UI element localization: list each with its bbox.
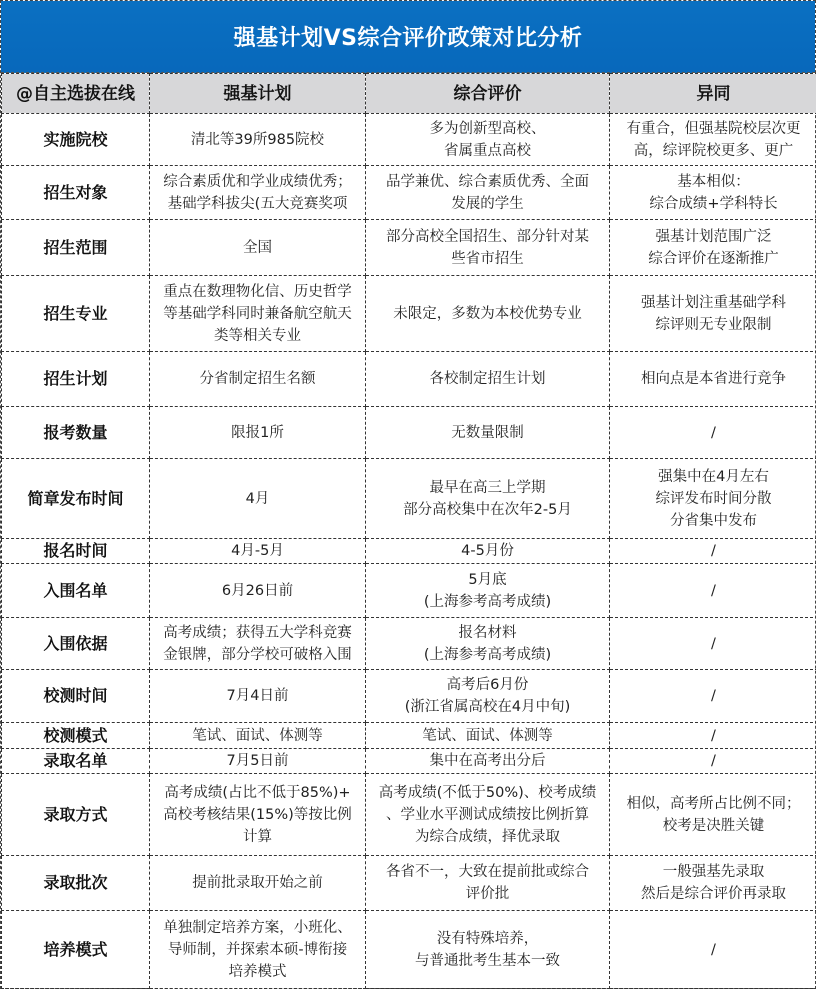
cell-text-line: 报名材料 [369, 622, 606, 644]
row-label: 入围依据 [2, 618, 150, 670]
cell-yitong: 强集中在4月左右综评发布时间分散分省集中发布 [610, 459, 816, 539]
cell-text-line: 集中在高考出分后 [369, 750, 606, 772]
cell-text-line: 然后是综合评价再录取 [613, 883, 814, 905]
table-row: 培养模式单独制定培养方案，小班化、导师制，并探索本硕-博衔接培养模式没有特殊培养… [2, 911, 816, 989]
table-row: 招生范围全国部分高校全国招生、部分针对某些省市招生强基计划范围广泛综合评价在逐渐… [2, 220, 816, 276]
cell-zonghe: 高考后6月份(浙江省属高校在4月中旬) [366, 670, 610, 723]
cell-qiangji: 清北等39所985院校 [150, 114, 366, 166]
cell-text-line: 限报1所 [153, 422, 362, 444]
header-source: @自主选拔在线 [2, 74, 150, 114]
cell-text-line: 各省不一，大致在提前批或综合 [369, 861, 606, 883]
cell-text-line: 强集中在4月左右 [613, 466, 814, 488]
row-label: 简章发布时间 [2, 459, 150, 539]
cell-qiangji: 4月-5月 [150, 539, 366, 564]
cell-qiangji: 提前批录取开始之前 [150, 856, 366, 911]
cell-qiangji: 综合素质优和学业成绩优秀；基础学科拔尖(五大竞赛奖项 [150, 166, 366, 220]
cell-text-line: 与普通批考生基本一致 [369, 950, 606, 972]
cell-text-line: 品学兼优、综合素质优秀、全面 [369, 171, 606, 193]
table-row: 招生计划分省制定招生名额各校制定招生计划相向点是本省进行竞争 [2, 352, 816, 407]
cell-text-line: 省属重点高校 [369, 140, 606, 162]
cell-text-line: 6月26日前 [153, 580, 362, 602]
header-qiangji: 强基计划 [150, 74, 366, 114]
cell-text-line: 为综合成绩，择优录取 [369, 826, 606, 848]
cell-yitong: 有重合，但强基院校层次更高，综评院校更多、更广 [610, 114, 816, 166]
cell-text-line: 一般强基先录取 [613, 861, 814, 883]
table-row: 报名时间4月-5月4-5月份/ [2, 539, 816, 564]
cell-text-line: 4月 [153, 488, 362, 510]
cell-yitong: / [610, 670, 816, 723]
table-row: 入围名单6月26日前5月底(上海参考高考成绩)/ [2, 564, 816, 618]
cell-text-line: 强基计划注重基础学科 [613, 292, 814, 314]
cell-text-line: 5月底 [369, 569, 606, 591]
cell-text-line: (上海参考高考成绩) [369, 591, 606, 613]
cell-text-line: 多为创新型高校、 [369, 118, 606, 140]
cell-text-line: 相似，高考所占比例不同； [613, 793, 814, 815]
cell-text-line: 4-5月份 [369, 540, 606, 562]
cell-zonghe: 各校制定招生计划 [366, 352, 610, 407]
cell-text-line: / [613, 422, 814, 444]
cell-text-line: 高校考核结果(15%)等按比例 [153, 804, 362, 826]
cell-text-line: 最早在高三上学期 [369, 477, 606, 499]
cell-zonghe: 报名材料(上海参考高考成绩) [366, 618, 610, 670]
cell-text-line: 高考后6月份 [369, 674, 606, 696]
cell-text-line: 基础学科拔尖(五大竞赛奖项 [153, 193, 362, 215]
cell-yitong: / [610, 749, 816, 774]
cell-qiangji: 7月4日前 [150, 670, 366, 723]
cell-text-line: 基本相似： [613, 171, 814, 193]
cell-text-line: / [613, 685, 814, 707]
cell-text-line: 综合评价在逐渐推广 [613, 248, 814, 270]
cell-qiangji: 笔试、面试、体测等 [150, 723, 366, 749]
title-bar: 强基计划VS综合评价政策对比分析 [1, 1, 815, 73]
comparison-document: 强基计划VS综合评价政策对比分析 @自主选拔在线 强基计划 综合评价 异同 实施… [0, 0, 816, 989]
row-label: 招生专业 [2, 276, 150, 352]
cell-text-line: 分省制定招生名额 [153, 368, 362, 390]
cell-yitong: 强基计划注重基础学科综评则无专业限制 [610, 276, 816, 352]
cell-zonghe: 高考成绩(不低于50%)、校考成绩、学业水平测试成绩按比例折算为综合成绩，择优录… [366, 774, 610, 856]
cell-qiangji: 7月5日前 [150, 749, 366, 774]
row-label: 实施院校 [2, 114, 150, 166]
cell-text-line: 7月5日前 [153, 750, 362, 772]
cell-zonghe: 集中在高考出分后 [366, 749, 610, 774]
table-row: 校测时间7月4日前高考后6月份(浙江省属高校在4月中旬)/ [2, 670, 816, 723]
cell-text-line: 笔试、面试、体测等 [369, 725, 606, 747]
cell-qiangji: 重点在数理物化信、历史哲学等基础学科同时兼备航空航天类等相关专业 [150, 276, 366, 352]
table-row: 招生对象综合素质优和学业成绩优秀；基础学科拔尖(五大竞赛奖项品学兼优、综合素质优… [2, 166, 816, 220]
cell-yitong: 相向点是本省进行竞争 [610, 352, 816, 407]
row-label: 入围名单 [2, 564, 150, 618]
cell-text-line: 校考是决胜关键 [613, 815, 814, 837]
cell-qiangji: 高考成绩(占比不低于85%)+高校考核结果(15%)等按比例计算 [150, 774, 366, 856]
table-row: 录取批次提前批录取开始之前各省不一，大致在提前批或综合评价批一般强基先录取然后是… [2, 856, 816, 911]
row-label: 录取名单 [2, 749, 150, 774]
row-label: 校测模式 [2, 723, 150, 749]
table-row: 校测模式笔试、面试、体测等笔试、面试、体测等/ [2, 723, 816, 749]
table-row: 录取方式高考成绩(占比不低于85%)+高校考核结果(15%)等按比例计算高考成绩… [2, 774, 816, 856]
row-label: 培养模式 [2, 911, 150, 989]
cell-qiangji: 全国 [150, 220, 366, 276]
cell-text-line: 高，综评院校更多、更广 [613, 140, 814, 162]
row-label: 招生对象 [2, 166, 150, 220]
cell-text-line: 导师制，并探索本硕-博衔接 [153, 939, 362, 961]
cell-text-line: 综评则无专业限制 [613, 314, 814, 336]
cell-text-line: 综合素质优和学业成绩优秀； [153, 171, 362, 193]
cell-text-line: 笔试、面试、体测等 [153, 725, 362, 747]
cell-text-line: 单独制定培养方案，小班化、 [153, 917, 362, 939]
table-row: 实施院校清北等39所985院校多为创新型高校、省属重点高校有重合，但强基院校层次… [2, 114, 816, 166]
cell-text-line: 分省集中发布 [613, 510, 814, 532]
cell-text-line: 未限定，多数为本校优势专业 [369, 303, 606, 325]
cell-text-line: 部分高校集中在次年2-5月 [369, 499, 606, 521]
cell-text-line: 部分高校全国招生、部分针对某 [369, 226, 606, 248]
cell-zonghe: 笔试、面试、体测等 [366, 723, 610, 749]
cell-zonghe: 5月底(上海参考高考成绩) [366, 564, 610, 618]
row-label: 报名时间 [2, 539, 150, 564]
cell-text-line: 计算 [153, 826, 362, 848]
cell-text-line: 等基础学科同时兼备航空航天 [153, 303, 362, 325]
table-row: 招生专业重点在数理物化信、历史哲学等基础学科同时兼备航空航天类等相关专业未限定，… [2, 276, 816, 352]
cell-text-line: / [613, 580, 814, 602]
cell-text-line: 没有特殊培养， [369, 928, 606, 950]
cell-zonghe: 最早在高三上学期部分高校集中在次年2-5月 [366, 459, 610, 539]
table-row: 入围依据高考成绩；获得五大学科竞赛金银牌，部分学校可破格入围报名材料(上海参考高… [2, 618, 816, 670]
cell-text-line: / [613, 540, 814, 562]
cell-text-line: 培养模式 [153, 961, 362, 983]
cell-text-line: (浙江省属高校在4月中旬) [369, 696, 606, 718]
cell-zonghe: 未限定，多数为本校优势专业 [366, 276, 610, 352]
cell-text-line: 有重合，但强基院校层次更 [613, 118, 814, 140]
cell-qiangji: 高考成绩；获得五大学科竞赛金银牌，部分学校可破格入围 [150, 618, 366, 670]
cell-text-line: 高考成绩(不低于50%)、校考成绩 [369, 782, 606, 804]
cell-text-line: 提前批录取开始之前 [153, 872, 362, 894]
table-row: 简章发布时间4月最早在高三上学期部分高校集中在次年2-5月强集中在4月左右综评发… [2, 459, 816, 539]
cell-text-line: 清北等39所985院校 [153, 129, 362, 151]
cell-text-line: / [613, 725, 814, 747]
table-header-row: @自主选拔在线 强基计划 综合评价 异同 [2, 74, 816, 114]
cell-yitong: / [610, 564, 816, 618]
cell-text-line: 、学业水平测试成绩按比例折算 [369, 804, 606, 826]
cell-text-line: 高考成绩(占比不低于85%)+ [153, 782, 362, 804]
cell-zonghe: 部分高校全国招生、部分针对某些省市招生 [366, 220, 610, 276]
cell-text-line: / [613, 939, 814, 961]
table-body: 实施院校清北等39所985院校多为创新型高校、省属重点高校有重合，但强基院校层次… [2, 114, 816, 989]
cell-text-line: 类等相关专业 [153, 325, 362, 347]
cell-text-line: 综合成绩+学科特长 [613, 193, 814, 215]
cell-text-line: 金银牌，部分学校可破格入围 [153, 644, 362, 666]
cell-zonghe: 各省不一，大致在提前批或综合评价批 [366, 856, 610, 911]
cell-text-line: 各校制定招生计划 [369, 368, 606, 390]
cell-text-line: 全国 [153, 237, 362, 259]
cell-text-line: 评价批 [369, 883, 606, 905]
cell-text-line: (上海参考高考成绩) [369, 644, 606, 666]
cell-text-line: 无数量限制 [369, 422, 606, 444]
header-yitong: 异同 [610, 74, 816, 114]
cell-text-line: 发展的学生 [369, 193, 606, 215]
cell-text-line: 高考成绩；获得五大学科竞赛 [153, 622, 362, 644]
row-label: 报考数量 [2, 407, 150, 459]
cell-qiangji: 6月26日前 [150, 564, 366, 618]
cell-text-line: 综评发布时间分散 [613, 488, 814, 510]
cell-qiangji: 限报1所 [150, 407, 366, 459]
table-row: 报考数量限报1所无数量限制/ [2, 407, 816, 459]
cell-yitong: 相似，高考所占比例不同；校考是决胜关键 [610, 774, 816, 856]
cell-zonghe: 品学兼优、综合素质优秀、全面发展的学生 [366, 166, 610, 220]
row-label: 招生范围 [2, 220, 150, 276]
cell-yitong: / [610, 539, 816, 564]
cell-yitong: 一般强基先录取然后是综合评价再录取 [610, 856, 816, 911]
cell-zonghe: 多为创新型高校、省属重点高校 [366, 114, 610, 166]
cell-text-line: 7月4日前 [153, 685, 362, 707]
comparison-table: @自主选拔在线 强基计划 综合评价 异同 实施院校清北等39所985院校多为创新… [1, 73, 816, 989]
row-label: 校测时间 [2, 670, 150, 723]
cell-yitong: / [610, 723, 816, 749]
cell-text-line: 重点在数理物化信、历史哲学 [153, 281, 362, 303]
table-row: 录取名单7月5日前集中在高考出分后/ [2, 749, 816, 774]
row-label: 录取批次 [2, 856, 150, 911]
cell-text-line: 4月-5月 [153, 540, 362, 562]
cell-yitong: / [610, 407, 816, 459]
cell-qiangji: 单独制定培养方案，小班化、导师制，并探索本硕-博衔接培养模式 [150, 911, 366, 989]
cell-qiangji: 4月 [150, 459, 366, 539]
cell-text-line: 相向点是本省进行竞争 [613, 368, 814, 390]
cell-text-line: 些省市招生 [369, 248, 606, 270]
cell-yitong: / [610, 618, 816, 670]
cell-yitong: 强基计划范围广泛综合评价在逐渐推广 [610, 220, 816, 276]
cell-zonghe: 4-5月份 [366, 539, 610, 564]
row-label: 录取方式 [2, 774, 150, 856]
cell-text-line: / [613, 750, 814, 772]
cell-text-line: / [613, 633, 814, 655]
cell-yitong: / [610, 911, 816, 989]
page-title: 强基计划VS综合评价政策对比分析 [234, 21, 583, 52]
cell-text-line: 强基计划范围广泛 [613, 226, 814, 248]
cell-zonghe: 无数量限制 [366, 407, 610, 459]
header-zonghe: 综合评价 [366, 74, 610, 114]
cell-qiangji: 分省制定招生名额 [150, 352, 366, 407]
cell-yitong: 基本相似：综合成绩+学科特长 [610, 166, 816, 220]
row-label: 招生计划 [2, 352, 150, 407]
cell-zonghe: 没有特殊培养，与普通批考生基本一致 [366, 911, 610, 989]
